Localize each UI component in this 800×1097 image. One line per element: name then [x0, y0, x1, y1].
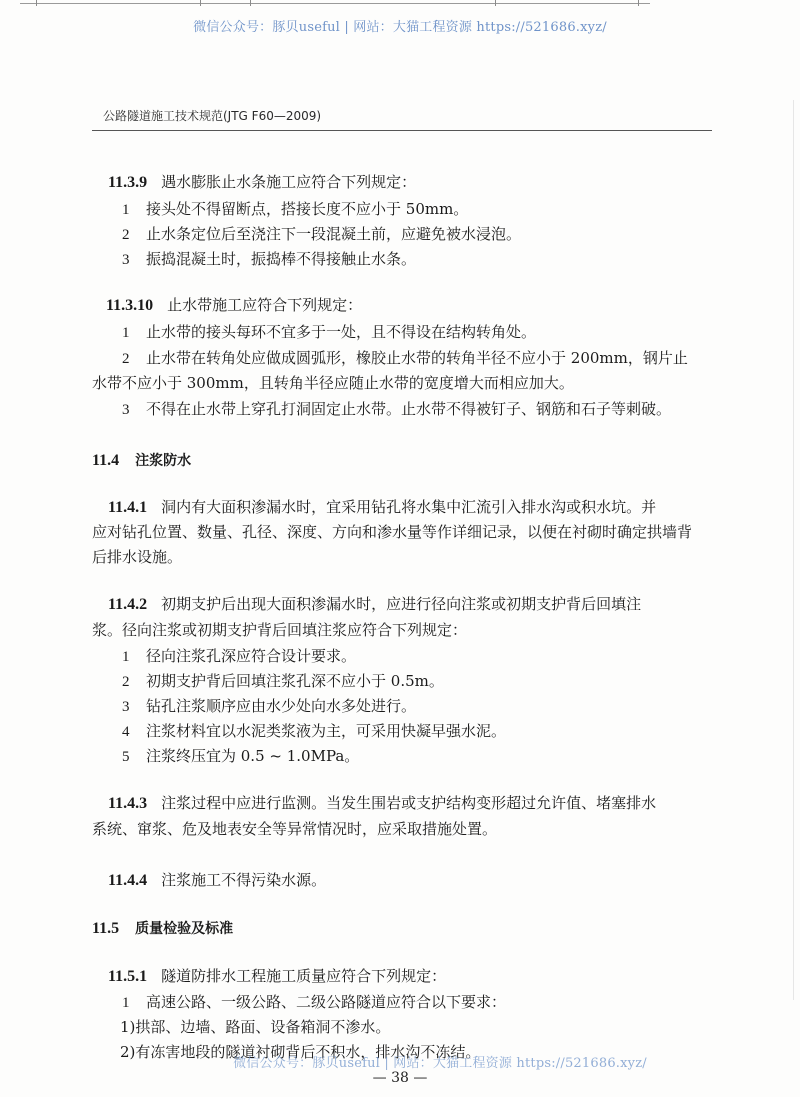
section-11-4-heading: 11.4注浆防水 — [92, 450, 191, 471]
item-text: 径向注浆孔深应符合设计要求。 — [146, 647, 356, 665]
clause-text-line: 浆。径向注浆或初期支护背后回填注浆应符合下列规定： — [92, 620, 467, 640]
clause-number: 11.3.10 — [106, 297, 153, 314]
clause-number: 11.3.9 — [108, 174, 147, 191]
clause-number: 11.4.1 — [108, 499, 147, 516]
section-number: 11.4 — [92, 452, 119, 469]
clause-11-4-1: 11.4.1洞内有大面积渗漏水时，宜采用钻孔将水集中汇流引入排水沟或积水坑。并 — [108, 497, 656, 518]
list-item: 1高速公路、一级公路、二级公路隧道应符合以下要求： — [122, 992, 506, 1013]
list-item: 2止水条定位后至浇注下一段混凝土前，应避免被水浸泡。 — [122, 224, 521, 245]
item-text: 止水带的接头每环不宜多于一处，且不得设在结构转角处。 — [146, 323, 536, 341]
clause-text: 初期支护后出现大面积渗漏水时，应进行径向注浆或初期支护背后回填注 — [161, 595, 641, 613]
sub-item: 1)拱部、边墙、路面、设备箱洞不渗水。 — [120, 1017, 390, 1037]
item-number: 3 — [122, 697, 146, 717]
page-number: — 38 — — [0, 1070, 800, 1086]
clause-11-4-2: 11.4.2初期支护后出现大面积渗漏水时，应进行径向注浆或初期支护背后回填注 — [108, 594, 641, 615]
section-11-5-heading: 11.5质量检验及标准 — [92, 918, 233, 939]
list-item: 1径向注浆孔深应符合设计要求。 — [122, 646, 356, 667]
item-text: 钻孔注浆顺序应由水少处向水多处进行。 — [146, 697, 416, 715]
item-text: 振捣混凝土时，振捣棒不得接触止水条。 — [146, 250, 416, 268]
list-item: 2初期支护背后回填注浆孔深不应小于 0.5m。 — [122, 671, 444, 692]
list-item: 5注浆终压宜为 0.5 ~ 1.0MPa。 — [122, 746, 359, 767]
clause-11-3-9-heading: 11.3.9遇水膨胀止水条施工应符合下列规定： — [108, 172, 416, 193]
list-item: 4注浆材料宜以水泥类浆液为主，可采用快凝早强水泥。 — [122, 721, 506, 742]
page-edge — [793, 100, 794, 1000]
clause-text: 止水带施工应符合下列规定： — [167, 296, 362, 314]
item-text: 注浆材料宜以水泥类浆液为主，可采用快凝早强水泥。 — [146, 722, 506, 740]
item-number: 1 — [122, 200, 146, 220]
clause-number: 11.5.1 — [108, 968, 147, 985]
item-text: 高速公路、一级公路、二级公路隧道应符合以下要求： — [146, 993, 506, 1011]
list-item: 2止水带在转角处应做成圆弧形，橡胶止水带的转角半径不应小于 200mm，钢片止 — [122, 348, 688, 369]
scan-border-tick — [638, 0, 639, 6]
item-number: 2 — [122, 672, 146, 692]
scan-border-line — [20, 3, 650, 4]
clause-text: 注浆施工不得污染水源。 — [161, 871, 326, 889]
item-text: 不得在止水带上穿孔打洞固定止水带。止水带不得被钉子、钢筋和石子等刺破。 — [146, 400, 671, 418]
clause-text: 注浆过程中应进行监测。当发生围岩或支护结构变形超过允许值、堵塞排水 — [161, 794, 656, 812]
clause-text-line: 应对钻孔位置、数量、孔径、深度、方向和渗水量等作详细记录，以便在衬砌时确定拱墙背 — [92, 522, 692, 542]
clause-11-5-1: 11.5.1隧道防排水工程施工质量应符合下列规定： — [108, 966, 446, 987]
list-item: 3钻孔注浆顺序应由水少处向水多处进行。 — [122, 696, 416, 717]
item-number: 1 — [122, 323, 146, 343]
item-number: 2 — [122, 349, 146, 369]
item-text: 接头处不得留断点，搭接长度不应小于 50mm。 — [146, 200, 468, 218]
scan-border-tick — [36, 0, 37, 6]
clause-11-4-3: 11.4.3注浆过程中应进行监测。当发生围岩或支护结构变形超过允许值、堵塞排水 — [108, 793, 656, 814]
clause-number: 11.4.4 — [108, 872, 147, 889]
item-text: 初期支护背后回填注浆孔深不应小于 0.5m。 — [146, 672, 444, 690]
clause-text: 遇水膨胀止水条施工应符合下列规定： — [161, 173, 416, 191]
list-item: 3振捣混凝土时，振捣棒不得接触止水条。 — [122, 249, 416, 270]
clause-text: 洞内有大面积渗漏水时，宜采用钻孔将水集中汇流引入排水沟或积水坑。并 — [161, 498, 656, 516]
item-number: 3 — [122, 400, 146, 420]
item-number: 4 — [122, 722, 146, 742]
watermark-top: 微信公众号：豚贝useful | 网站：大猫工程资源 https://52168… — [0, 16, 800, 35]
item-text: 止水条定位后至浇注下一段混凝土前，应避免被水浸泡。 — [146, 225, 521, 243]
list-item-continuation: 水带不应小于 300mm，且转角半径应随止水带的宽度增大而相应加大。 — [92, 373, 574, 393]
item-text: 止水带在转角处应做成圆弧形，橡胶止水带的转角半径不应小于 200mm，钢片止 — [146, 349, 688, 367]
clause-text-line: 后排水设施。 — [92, 547, 182, 567]
list-item: 1接头处不得留断点，搭接长度不应小于 50mm。 — [122, 199, 468, 220]
scan-border-tick — [495, 0, 496, 6]
item-number: 5 — [122, 747, 146, 767]
section-number: 11.5 — [92, 920, 119, 937]
item-number: 2 — [122, 225, 146, 245]
scan-border-tick — [250, 0, 251, 6]
clause-text: 隧道防排水工程施工质量应符合下列规定： — [161, 967, 446, 985]
watermark-bottom: 微信公众号：豚贝useful | 网站：大猫工程资源 https://52168… — [40, 1052, 800, 1071]
clause-number: 11.4.2 — [108, 596, 147, 613]
clause-11-4-4: 11.4.4注浆施工不得污染水源。 — [108, 870, 326, 891]
running-header: 公路隧道施工技术规范(JTG F60—2009) — [103, 107, 321, 124]
clause-number: 11.4.3 — [108, 795, 147, 812]
item-text: 注浆终压宜为 0.5 ~ 1.0MPa。 — [146, 747, 359, 765]
clause-text-line: 系统、窜浆、危及地表安全等异常情况时，应采取措施处置。 — [92, 819, 497, 839]
header-rule — [92, 130, 712, 131]
item-number: 3 — [122, 250, 146, 270]
item-number: 1 — [122, 993, 146, 1013]
section-title: 注浆防水 — [135, 453, 191, 469]
list-item: 1止水带的接头每环不宜多于一处，且不得设在结构转角处。 — [122, 322, 536, 343]
clause-11-3-10-heading: 11.3.10止水带施工应符合下列规定： — [106, 295, 362, 316]
list-item: 3不得在止水带上穿孔打洞固定止水带。止水带不得被钉子、钢筋和石子等刺破。 — [122, 399, 671, 420]
scan-border-tick — [200, 0, 201, 6]
item-number: 1 — [122, 647, 146, 667]
section-title: 质量检验及标准 — [135, 921, 233, 937]
